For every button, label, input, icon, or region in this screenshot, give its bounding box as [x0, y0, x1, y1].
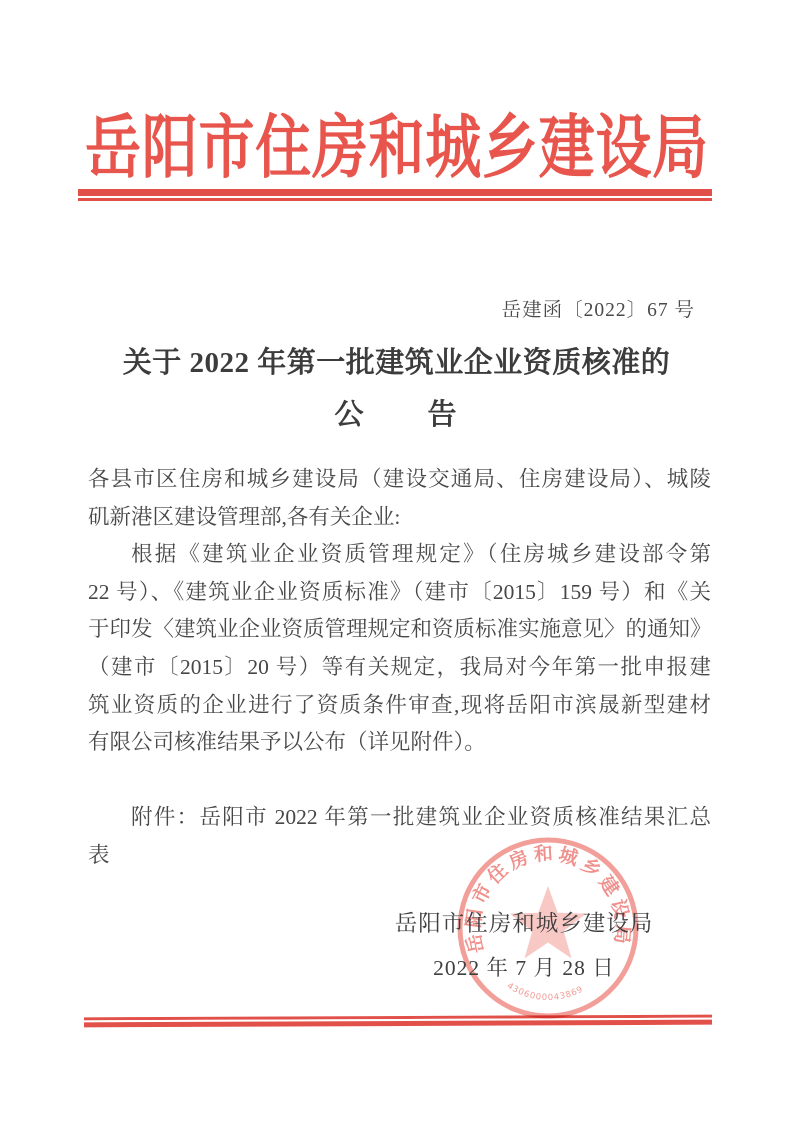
body-line: 矶新港区建设管理部,各有关企业:: [88, 499, 711, 537]
svg-text:4306000043869: 4306000043869: [505, 981, 586, 1003]
signer-name: 岳阳市住房和城乡建设局: [381, 906, 667, 938]
document-page: 岳阳市住房和城乡建设局 岳建函〔2022〕67 号 关于 2022 年第一批建筑…: [0, 0, 793, 1121]
document-title: 关于 2022 年第一批建筑业企业资质核准的 公 告: [0, 340, 793, 433]
body-text: 各县市区住房和城乡建设局（建设交通局、住房建设局）、城陵 矶新港区建设管理部,各…: [88, 461, 711, 762]
seal-code: 4306000043869: [505, 981, 586, 1003]
body-line: 22 号）、《建筑业企业资质标准》（建市〔2015〕159 号）和《关: [88, 574, 711, 612]
signature-block: 岳阳市住房和城乡建设局 2022 年 7 月 28 日: [381, 906, 667, 982]
body-line: 有限公司核准结果予以公布（详见附件）。: [88, 724, 711, 762]
letterhead-divider: [78, 189, 712, 201]
body-line: 于印发〈建筑业企业资质管理规定和资质标准实施意见〉的通知》: [88, 611, 711, 649]
title-line-1: 关于 2022 年第一批建筑业企业资质核准的: [0, 340, 793, 381]
body-line: 根据《建筑业企业资质管理规定》（住房城乡建设部令第: [88, 536, 711, 574]
body-line: （建市〔2015〕20 号）等有关规定，我局对今年第一批申报建: [88, 649, 711, 687]
body-line: 筑业资质的企业进行了资质条件审查,现将岳阳市滨晟新型建材: [88, 687, 711, 725]
agency-name: 岳阳市住房和城乡建设局: [85, 92, 709, 191]
body-line: 各县市区住房和城乡建设局（建设交通局、住房建设局）、城陵: [88, 461, 711, 499]
signature-date: 2022 年 7 月 28 日: [381, 951, 667, 982]
document-number: 岳建函〔2022〕67 号: [502, 294, 695, 322]
attachment-line: 附件：岳阳市 2022 年第一批建筑业企业资质核准结果汇总: [88, 799, 711, 837]
title-line-2: 公 告: [0, 392, 793, 433]
divider-thin-line: [78, 198, 712, 201]
letterhead: 岳阳市住房和城乡建设局: [0, 92, 793, 191]
